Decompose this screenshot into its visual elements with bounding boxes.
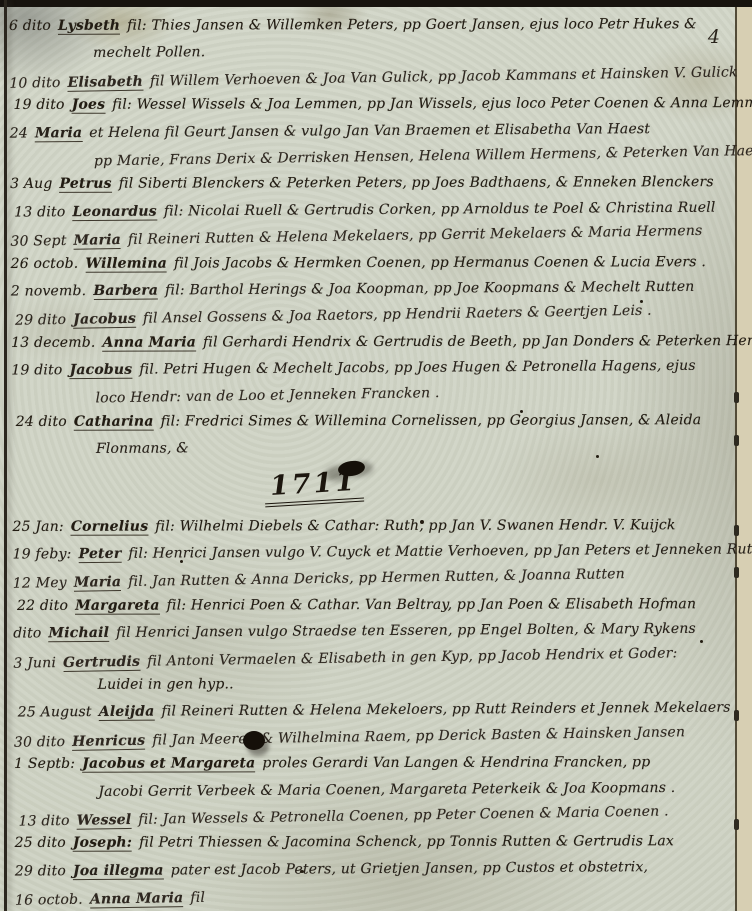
entry-date: 19 feby:	[13, 546, 72, 562]
register-section-1710: 6 ditoLysbethfil: Thies Jansen & Willemk…	[9, 9, 744, 463]
entry-name: Anna Maria	[102, 334, 196, 351]
entry-text: fil Antoni Vermaelen & Elisabeth in gen …	[147, 645, 678, 669]
entry-name: Joa illegma	[73, 862, 164, 880]
entry-text: fil: Wessel Wissels & Joa Lemmen, pp Jan…	[112, 95, 752, 113]
entry-text: fil: Henrici Poen & Cathar. Van Beltray,…	[167, 596, 697, 613]
entry-name: Anna Maria	[90, 890, 184, 908]
entry-date: 19 dito	[11, 362, 62, 378]
entry-date: 29 dito	[15, 863, 66, 879]
ink-speck	[520, 410, 523, 413]
entry-text: fil Siberti Blenckers & Peterken Peters,…	[119, 174, 714, 192]
entry-date: 22 dito	[17, 598, 68, 614]
entry-text: fil Reineri Rutten & Helena Mekelaers, p…	[128, 223, 703, 248]
register-line: 22 ditoMargaretafil: Henrici Poen & Cath…	[13, 591, 745, 619]
entry-text: fil: Henrici Jansen vulgo V. Cuyck et Ma…	[128, 541, 752, 561]
register-line: 1 Septb:Jacobus et Margaretaproles Gerar…	[14, 749, 746, 777]
entry-name: Cornelius	[71, 518, 148, 535]
ink-blot	[243, 731, 265, 750]
register-content: 6 ditoLysbethfil: Thies Jansen & Willemk…	[9, 9, 747, 911]
entry-text: fil Jois Jacobs & Hermken Coenen, pp Her…	[174, 254, 706, 271]
entry-text: fil: Jan Wessels & Petronella Coenen, pp…	[138, 803, 669, 827]
entry-name: Jacobus et Margareta	[82, 755, 255, 772]
entry-date: 2 novemb.	[11, 283, 87, 300]
ink-speck	[596, 455, 599, 458]
entry-text: fil: Thies Jansen & Willemken Peters, pp…	[127, 16, 697, 33]
entry-date: 19 dito	[13, 97, 64, 113]
register-line: 19 ditoJoesfil: Wessel Wissels & Joa Lem…	[9, 90, 741, 118]
entry-date: 29 dito	[15, 312, 66, 329]
entry-text: fil Henrici Jansen vulgo Straedse ten Es…	[116, 621, 696, 641]
ink-speck	[300, 870, 304, 873]
entry-name: Jacobus	[69, 362, 132, 379]
entry-name: Elisabeth	[67, 73, 143, 91]
entry-text: fil. Petri Hugen & Mechelt Jacobs, pp Jo…	[139, 358, 696, 378]
entry-date: 12 Mey	[13, 575, 67, 592]
scan-top-border	[0, 0, 752, 7]
entry-date: 1 Septb:	[14, 756, 75, 772]
register-line: 13 decemb.Anna Mariafil Gerhardi Hendrix…	[11, 328, 743, 356]
entry-date: dito	[13, 626, 41, 642]
entry-name: Michail	[48, 625, 109, 642]
entry-name: Jacobus	[73, 311, 136, 329]
entry-text: pp Marie, Frans Derix & Derrisken Hensen…	[94, 143, 752, 170]
entry-name: Maria	[74, 574, 122, 592]
entry-text: pater est Jacob Peters, ut Grietjen Jans…	[171, 859, 649, 878]
ink-speck	[420, 520, 424, 524]
entry-name: Leonardus	[72, 203, 156, 221]
entry-date: 26 octob.	[11, 255, 79, 271]
entry-date: 25 August	[18, 704, 92, 721]
entry-name: Wessel	[77, 812, 132, 830]
entry-text: proles Gerardi Van Langen & Hendrina Fra…	[262, 754, 650, 771]
entry-text: Jacobi Gerrit Verbeek & Maria Coenen, Ma…	[98, 779, 675, 799]
entry-text: fil: Fredrici Simes & Willemina Cornelis…	[161, 412, 702, 429]
entry-name: Catharina	[74, 413, 154, 430]
entry-name: Maria	[35, 125, 82, 142]
entry-date: 25 dito	[15, 835, 66, 851]
entry-name: Aleijda	[99, 704, 155, 721]
register-line: Flonmans, &	[12, 432, 744, 464]
entry-text: fil Jan Meeren & Wilhelmina Raem, pp Der…	[152, 724, 685, 748]
register-line: Luidei in gen hyp..	[14, 670, 746, 698]
entry-date: 13 decemb.	[11, 334, 95, 350]
entry-date: 13 dito	[18, 813, 69, 830]
entry-text: fil: Barthol Herings & Joa Koopman, pp J…	[165, 279, 694, 299]
entry-name: Joseph:	[73, 835, 132, 852]
ink-speck	[640, 300, 643, 303]
entry-name: Joes	[72, 97, 106, 114]
entry-text: Flonmans, &	[96, 441, 189, 458]
entry-text: fil Ansel Gossens & Joa Raetors, pp Hend…	[143, 303, 652, 327]
entry-date: 6 dito	[9, 18, 51, 34]
entry-name: Henricus	[72, 732, 145, 750]
manuscript-scan: { "page": { "number": "4", "year_heading…	[0, 0, 752, 911]
entry-name: Petrus	[60, 176, 112, 193]
register-line: 25 ditoJoseph:fil Petri Thiessen & Jacom…	[15, 828, 747, 856]
entry-text: fil Willem Verhoeven & Joa Van Gulick, p…	[150, 64, 738, 89]
entry-text: fil: Nicolai Ruell & Gertrudis Corken, p…	[164, 199, 716, 219]
register-line: 26 octob.Willeminafil Jois Jacobs & Herm…	[11, 249, 743, 277]
register-line: 24 ditoCatharinafil: Fredrici Simes & Wi…	[12, 407, 744, 435]
entry-name: Lysbeth	[58, 18, 120, 35]
entry-date: 24	[10, 125, 28, 141]
register-line: 25 Jan:Corneliusfil: Wilhelmi Diebels & …	[12, 512, 744, 540]
entry-name: Margareta	[75, 597, 159, 614]
entry-date: 13 dito	[14, 204, 65, 220]
entry-text: fil. Jan Rutten & Anna Dericks, pp Herme…	[128, 567, 625, 591]
entry-date: 30 Sept	[10, 233, 66, 250]
entry-text: fil Reineri Rutten & Helena Mekeloers, p…	[161, 700, 730, 720]
entry-text: fil Petri Thiessen & Jacomina Schenck, p…	[139, 834, 674, 851]
entry-text: Luidei in gen hyp..	[98, 676, 234, 692]
register-line: 3 AugPetrusfil Siberti Blenckers & Peter…	[10, 169, 742, 197]
entry-text: mechelt Pollen.	[93, 45, 205, 62]
entry-name: Peter	[79, 546, 122, 563]
entry-date: 30 dito	[14, 734, 65, 751]
binding-edge-line	[4, 0, 7, 911]
entry-text: fil	[190, 890, 205, 906]
entry-date: 25 Jan:	[12, 518, 63, 534]
entry-name: Willemina	[85, 255, 167, 272]
ink-speck	[700, 640, 703, 643]
entry-text: et Helena fil Geurt Jansen & vulgo Jan V…	[89, 121, 650, 141]
register-line: 6 ditoLysbethfil: Thies Jansen & Willemk…	[9, 11, 741, 39]
register-section-1711: 25 Jan:Corneliusfil: Wilhelmi Diebels & …	[12, 510, 747, 911]
ink-speck	[180, 560, 183, 563]
entry-date: 3 Aug	[10, 176, 52, 192]
entry-text: fil: Wilhelmi Diebels & Cathar: Ruth, pp…	[155, 517, 675, 534]
entry-text: loco Hendr: van de Loo et Jenneken Franc…	[95, 385, 439, 406]
entry-name: Gertrudis	[63, 653, 140, 671]
entry-date: 16 octob.	[15, 892, 83, 909]
entry-name: Barbera	[93, 282, 158, 299]
entry-date: 10 dito	[9, 75, 60, 92]
entry-name: Maria	[73, 232, 121, 250]
entry-date: 24 dito	[16, 414, 67, 430]
entry-text: fil Gerhardi Hendrix & Gertrudis de Beet…	[203, 333, 752, 351]
entry-date: 3 Juni	[13, 655, 56, 672]
